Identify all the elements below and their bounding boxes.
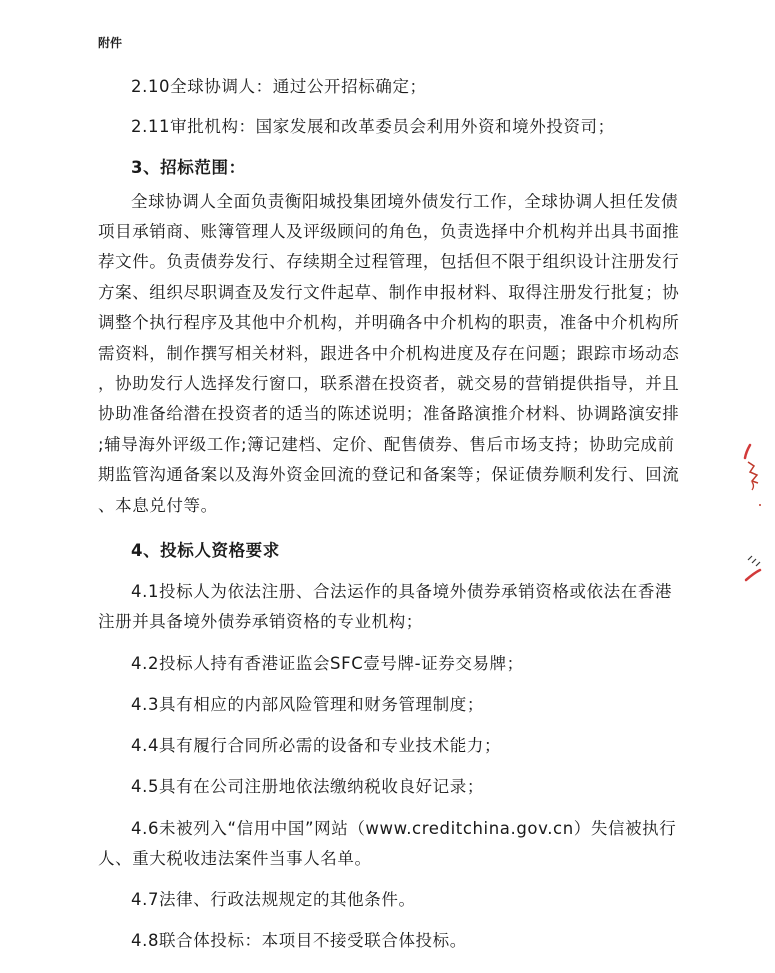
section-3-line: 需资料，制作撰写相关材料，跟进各中介机构进度及存在问题；跟踪市场动态 xyxy=(98,344,658,364)
section-3-line: ;辅导海外评级工作;簿记建档、定价、配售债券、售后市场支持；协助完成前 xyxy=(98,435,658,455)
item-4-2: 4.2投标人持有香港证监会SFC壹号牌-证券交易牌； xyxy=(131,654,691,674)
section-3-line: 方案、组织尽职调查及发行文件起草、制作申报材料、取得注册发行批复；协 xyxy=(98,283,658,303)
section-3-line: 期监管沟通备案以及海外资金回流的登记和备案等；保证债券顺利发行、回流 xyxy=(98,465,658,485)
item-4-8: 4.8联合体投标：本项目不接受联合体投标。 xyxy=(131,931,691,951)
section-3-heading: 3、招标范围： xyxy=(131,158,691,178)
item-4-6-cont: 人、重大税收违法案件当事人名单。 xyxy=(98,849,658,869)
section-3-line: ，协助发行人选择发行窗口，联系潜在投资者，就交易的营销提供指导，并且 xyxy=(98,374,658,394)
red-seal-stamp-icon xyxy=(740,440,770,600)
section-3-line: 全球协调人全面负责衡阳城投集团境外债发行工作，全球协调人担任发债 xyxy=(131,192,691,212)
section-3-line: 项目承销商、账簿管理人及评级顾问的角色，负责选择中介机构并出具书面推 xyxy=(98,222,658,242)
item-4-1-cont: 注册并具备境外债券承销资格的专业机构； xyxy=(98,612,658,632)
section-3-line: 调整个执行程序及其他中介机构，并明确各中介机构的职责，准备中介机构所 xyxy=(98,313,658,333)
section-3-line: 荐文件。负责债券发行、存续期全过程管理，包括但不限于组织设计注册发行 xyxy=(98,252,658,272)
attachment-label: 附件 xyxy=(98,34,122,51)
item-4-5: 4.5具有在公司注册地依法缴纳税收良好记录； xyxy=(131,777,691,797)
item-2-11: 2.11审批机构：国家发展和改革委员会利用外资和境外投资司； xyxy=(131,117,691,137)
item-4-3: 4.3具有相应的内部风险管理和财务管理制度； xyxy=(131,695,691,715)
item-4-1: 4.1投标人为依法注册、合法运作的具备境外债券承销资格或依法在香港 xyxy=(131,582,691,602)
document-page: 附件 2.10全球协调人：通过公开招标确定； 2.11审批机构：国家发展和改革委… xyxy=(0,0,775,973)
section-3-line: 、本息兑付等。 xyxy=(98,496,658,516)
section-4-heading: 4、投标人资格要求 xyxy=(131,541,691,561)
item-4-7: 4.7法律、行政法规规定的其他条件。 xyxy=(131,890,691,910)
item-2-10: 2.10全球协调人：通过公开招标确定； xyxy=(131,77,691,97)
item-4-4: 4.4具有履行合同所必需的设备和专业技术能力； xyxy=(131,736,691,756)
section-3-line: 协助准备给潜在投资者的适当的陈述说明；准备路演推介材料、协调路演安排 xyxy=(98,404,658,424)
item-4-6: 4.6未被列入“信用中国”网站（www.creditchina.gov.cn）失… xyxy=(131,819,691,839)
